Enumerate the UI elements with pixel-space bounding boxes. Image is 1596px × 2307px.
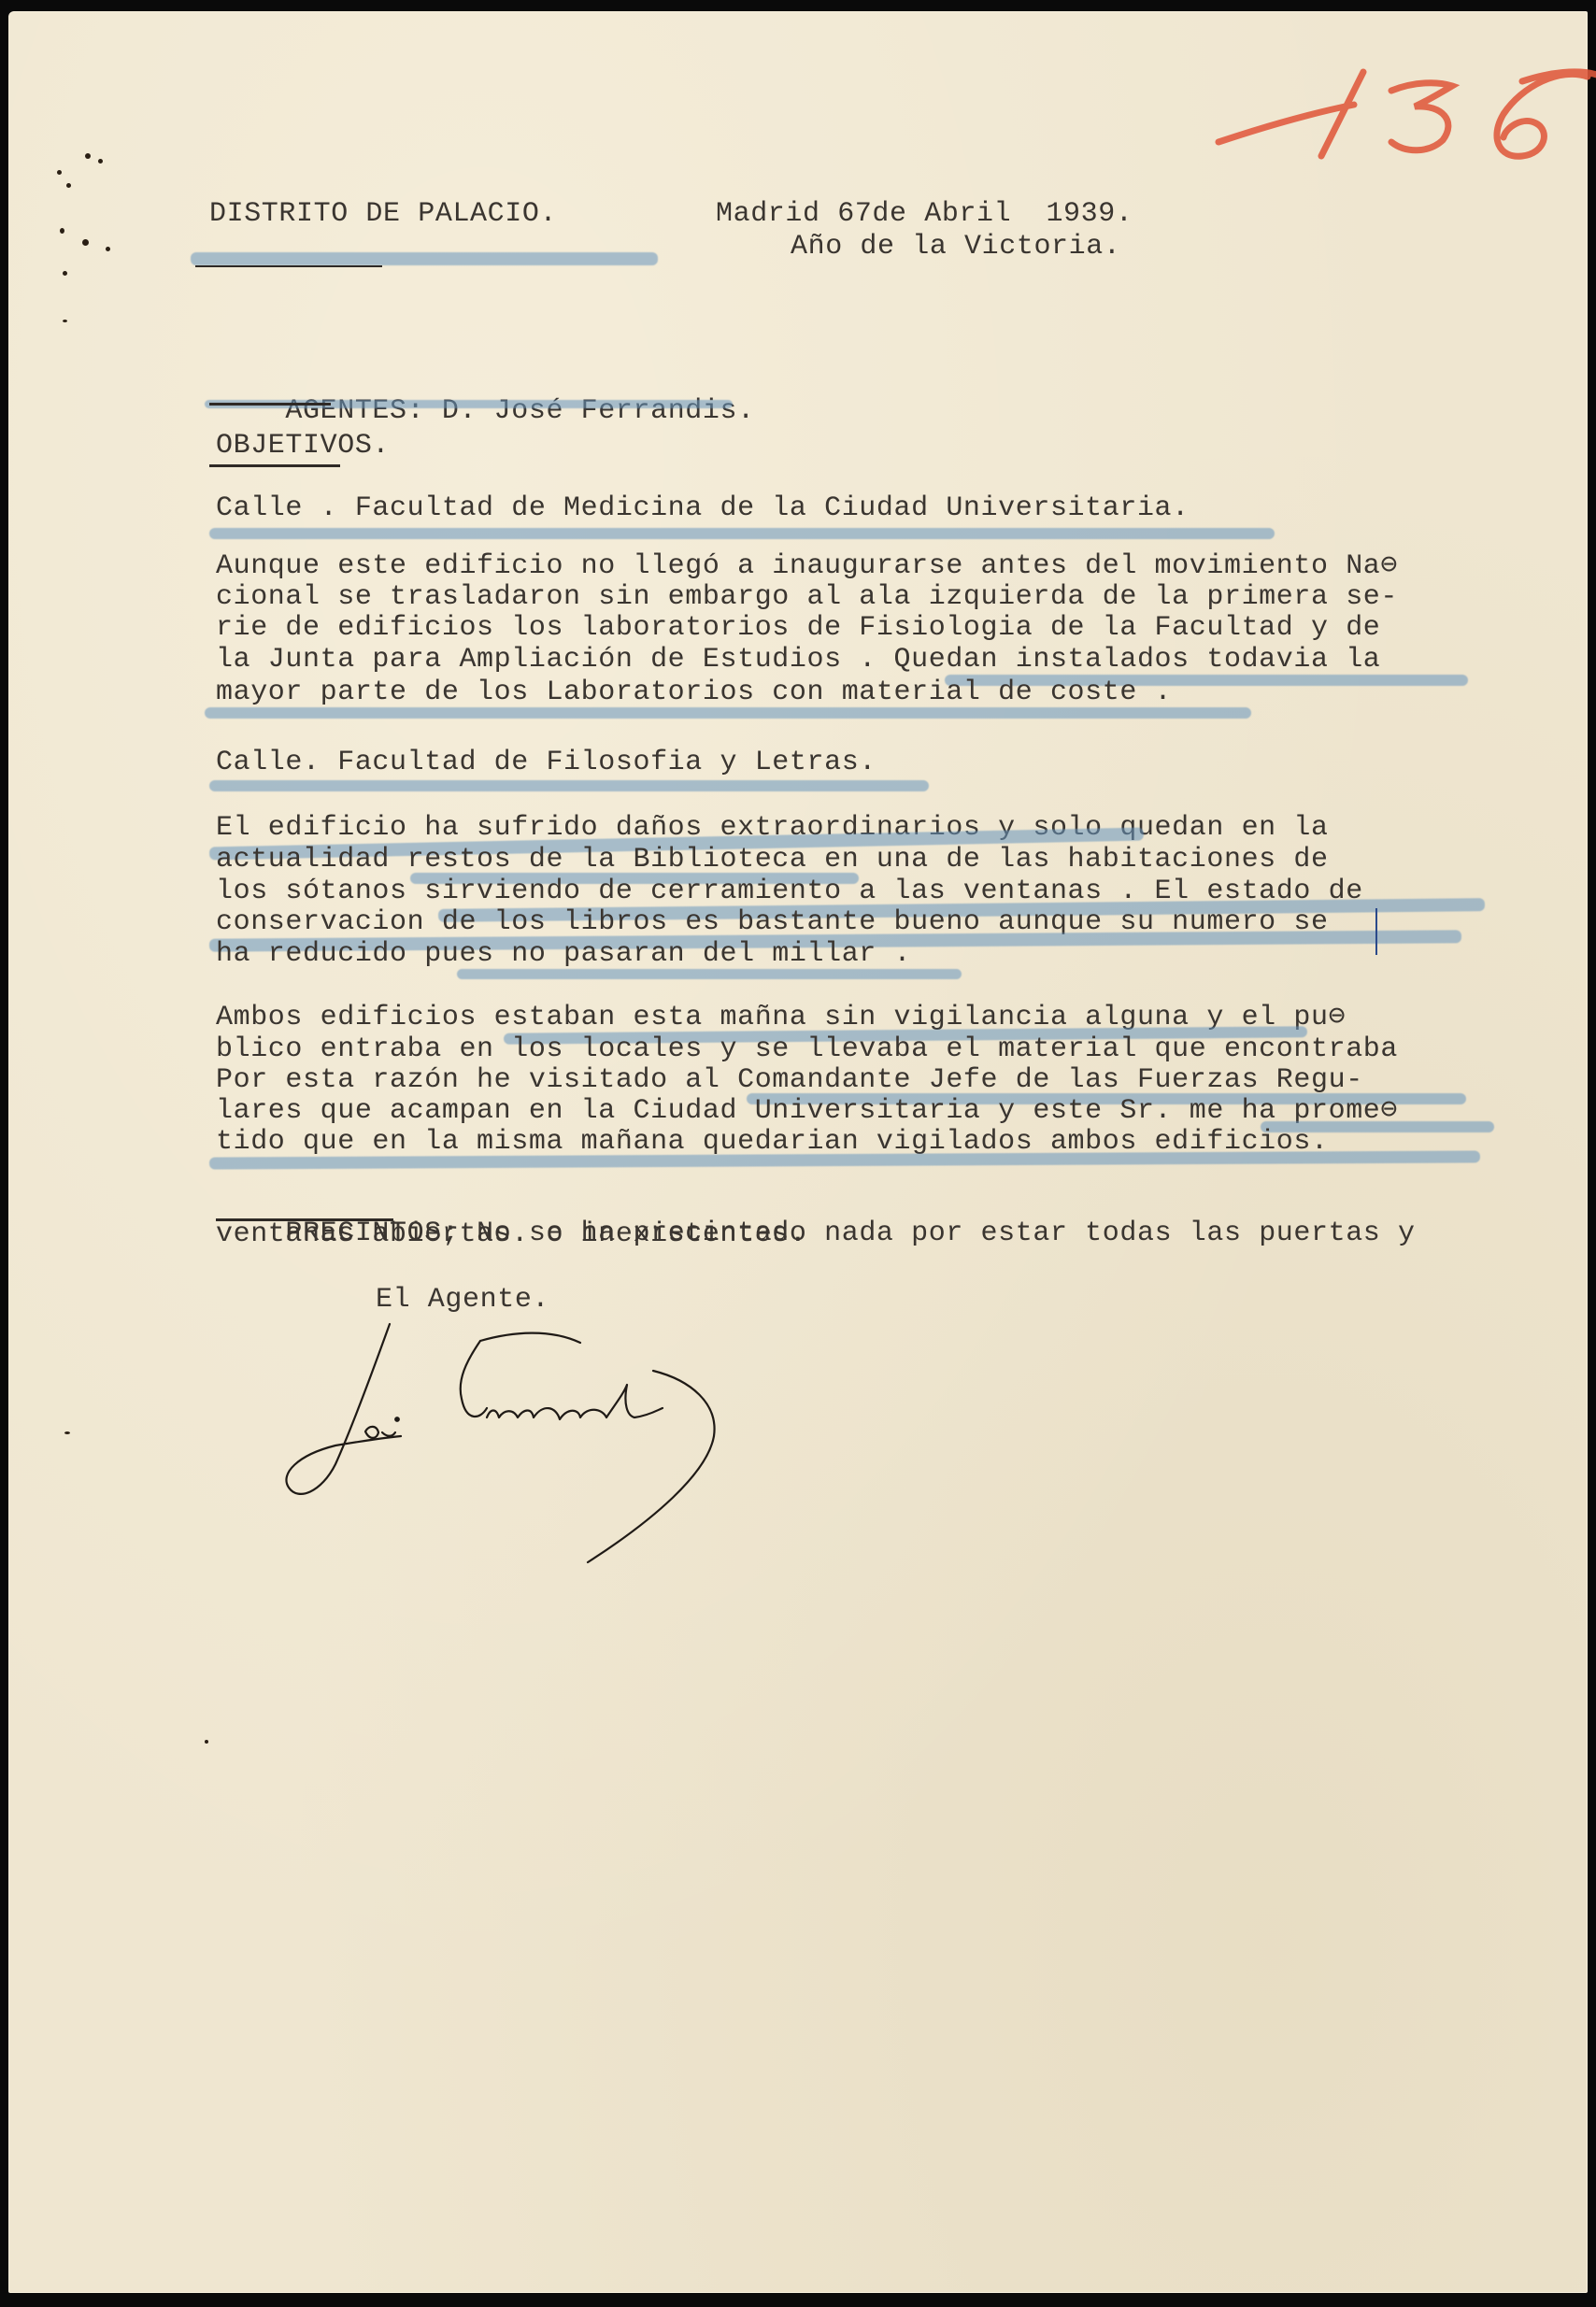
pencil-vertical-mark	[1375, 908, 1377, 955]
seals-line-2: ventanas abiertas. o inexistentes.	[216, 1218, 807, 1250]
folio-number-handwritten	[1214, 49, 1596, 161]
year-motto: Año de la Victoria.	[791, 231, 1120, 263]
blue-pencil-underline	[209, 528, 1275, 539]
blue-pencil-underline	[191, 252, 658, 265]
margin-speck	[64, 1431, 70, 1434]
margin-speck	[205, 1740, 208, 1744]
objectives-heading: OBJETIVOS.	[216, 430, 390, 462]
district-title: DISTRITO DE PALACIO.	[209, 198, 557, 230]
objective-2-text-line: ha reducido pues no pasaran del millar .	[216, 938, 911, 970]
paragraph-3-text-line: Por esta razón he visitado al Comandante…	[216, 1064, 1363, 1096]
typed-underline	[195, 265, 382, 267]
punch-hole-mark	[57, 170, 62, 175]
typed-underline	[209, 403, 331, 406]
objective-2-title: Calle. Facultad de Filosofia y Letras.	[216, 747, 876, 778]
punch-hole-mark	[66, 183, 71, 188]
paragraph-3-text-line: lares que acampan en la Ciudad Universit…	[216, 1095, 1398, 1127]
typed-underline	[209, 464, 340, 467]
closing-role: El Agente.	[376, 1284, 549, 1316]
punch-hole-mark	[63, 271, 67, 276]
objective-1-text-line: mayor parte de los Laboratorios con mate…	[216, 676, 1172, 708]
blue-pencil-underline	[209, 780, 929, 791]
objective-1-title: Calle . Facultad de Medicina de la Ciuda…	[216, 492, 1190, 524]
document-page: 136 DISTRITO DE PALACIO. Madrid 67de Abr…	[8, 11, 1588, 2293]
handwritten-signature	[279, 1315, 803, 1567]
punch-hole-mark	[85, 153, 91, 159]
punch-hole-mark	[98, 159, 103, 164]
punch-hole-mark	[60, 228, 64, 234]
objective-1-text-line: cional se trasladaron sin embargo al ala…	[216, 581, 1398, 613]
objective-1-text-line: la Junta para Ampliación de Estudios . Q…	[216, 644, 1380, 676]
date-line: Madrid 67de Abril 1939.	[716, 198, 1133, 230]
punch-hole-mark	[63, 320, 67, 322]
objective-2-text-line: actualidad restos de la Biblioteca en un…	[216, 844, 1329, 876]
blue-pencil-underline	[457, 969, 962, 979]
punch-hole-mark	[82, 239, 89, 246]
blue-pencil-underline	[205, 707, 1251, 719]
punch-hole-mark	[106, 247, 110, 251]
objective-1-text-line: Aunque este edificio no llegó a inaugura…	[216, 550, 1398, 582]
paragraph-3-text-line: blico entraba en los locales y se llevab…	[216, 1033, 1398, 1065]
objective-1-text-line: rie de edificios los laboratorios de Fis…	[216, 612, 1380, 644]
